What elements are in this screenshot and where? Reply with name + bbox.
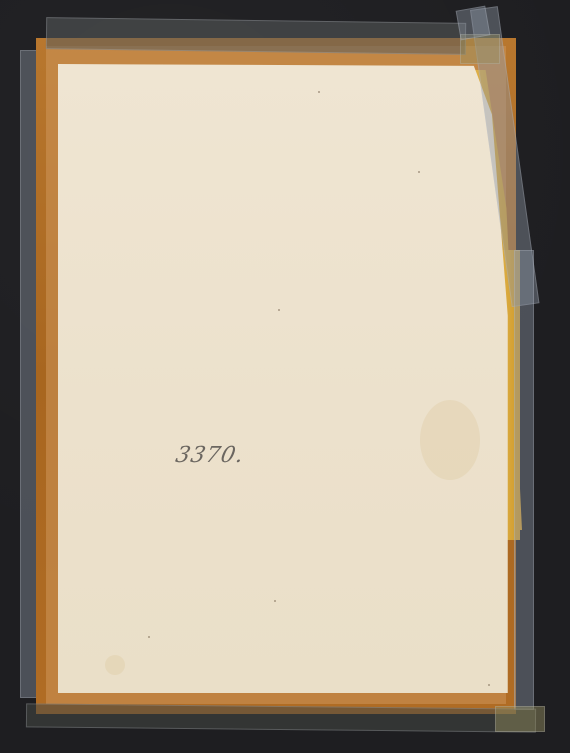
tape-top [46, 17, 466, 55]
paper-sheet [58, 64, 510, 693]
speck [418, 171, 420, 173]
speck [488, 684, 490, 686]
tape-top-right-strip [456, 6, 491, 41]
tape-bottom-right-corner [495, 706, 545, 732]
speck [274, 600, 276, 602]
speck [318, 91, 320, 93]
stain [420, 400, 480, 480]
speck [278, 309, 280, 311]
inventory-number: 3370. [173, 443, 246, 468]
tape-right [514, 250, 534, 710]
speck [148, 636, 150, 638]
document-photo: 3370. [0, 0, 570, 753]
stain [105, 655, 125, 675]
tape-bottom [26, 703, 536, 732]
